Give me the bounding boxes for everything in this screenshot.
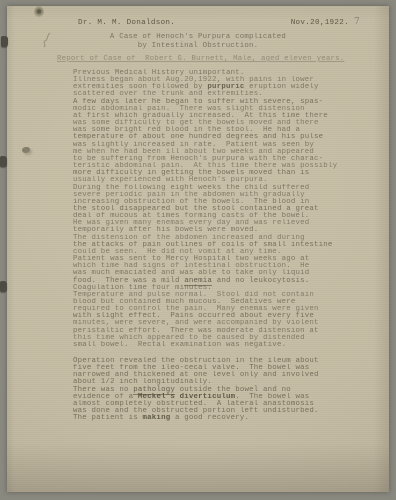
date-line: Nov.20,1922. <box>291 19 349 27</box>
binding-mark <box>1 36 8 47</box>
binding-mark <box>0 156 7 167</box>
author-line: Dr. M. M. Donaldson. <box>78 19 175 27</box>
punch-hole <box>34 6 44 18</box>
title-line-2: by Intestinal Obstruction. <box>7 42 389 51</box>
title-line-1: A Case of Henoch's Purpura complicated <box>7 33 389 42</box>
paragraph-2: Operation revealed the obstruction in th… <box>73 358 319 422</box>
document-title: A Case of Henoch's Purpura complicated b… <box>7 33 389 51</box>
document-header: Dr. M. M. Donaldson. Nov.20,1922. <box>78 19 349 27</box>
subject-line: Report of Case of Robert G. Burnett, Mal… <box>57 55 344 63</box>
typewritten-line: small bowel. Rectal examination was nega… <box>73 342 337 349</box>
photo-background: Dr. M. M. Donaldson. Nov.20,1922. 7 A Ca… <box>0 0 396 500</box>
paragraph-1: Previous Medical History unimportant.Ill… <box>73 70 337 349</box>
ink-stain <box>22 147 30 153</box>
typewritten-line: The patient is making a good recovery. <box>73 415 319 422</box>
document-page: Dr. M. M. Donaldson. Nov.20,1922. 7 A Ca… <box>7 6 389 492</box>
binding-mark <box>0 281 7 292</box>
page-number: 7 <box>354 17 360 27</box>
